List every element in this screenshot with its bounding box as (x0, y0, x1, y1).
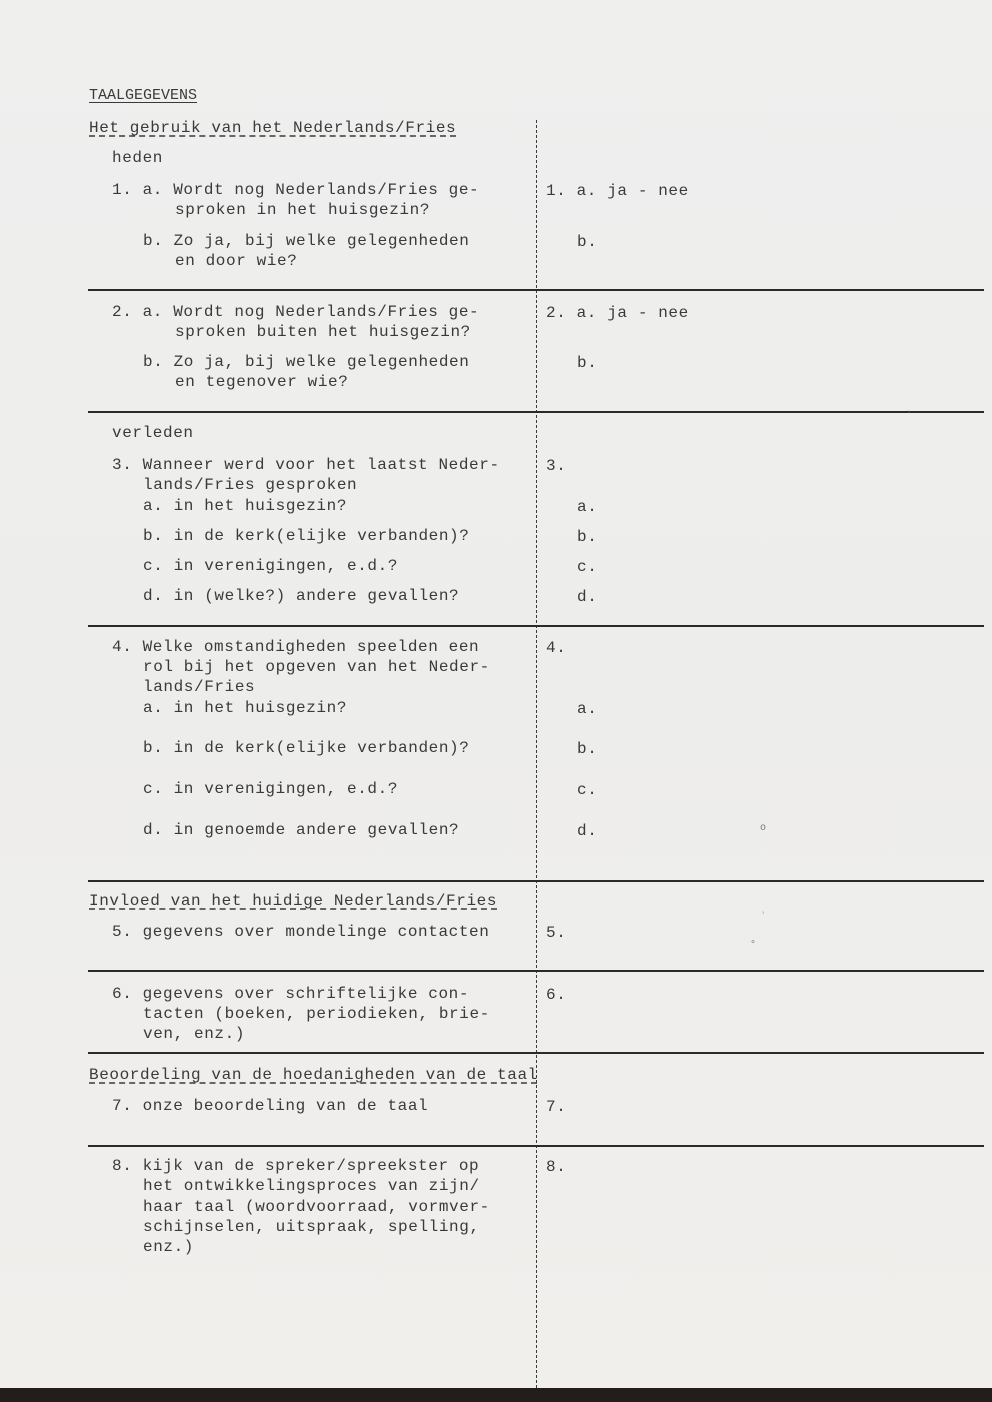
divider-line (88, 625, 984, 627)
answer-3b[interactable]: b. (577, 527, 597, 547)
question-3d: d. in (welke?) andere gevallen? (143, 586, 459, 606)
divider-line (88, 1145, 984, 1147)
column-divider (536, 120, 537, 1388)
answer-1a[interactable]: 1. a. ja - nee (546, 181, 689, 201)
question-4a: a. in het huisgezin? (143, 698, 347, 718)
paper-speck: ʾ (906, 411, 912, 422)
question-6: 6. gegevens over schriftelijke con- (112, 984, 469, 1004)
question-4b: b. in de kerk(elijke verbanden)? (143, 738, 469, 758)
answer-4a[interactable]: a. (577, 699, 597, 719)
subsection-present: heden (112, 148, 163, 168)
question-1a: 1. a. Wordt nog Nederlands/Fries ge- (112, 180, 479, 200)
divider-line (88, 880, 984, 882)
divider-line (88, 289, 984, 291)
answer-6[interactable]: 6. (546, 985, 566, 1005)
section-heading-influence: Invloed van het huidige Nederlands/Fries (89, 891, 497, 911)
form-page: TAALGEGEVENS Het gebruik van het Nederla… (0, 0, 992, 1388)
answer-3: 3. (546, 456, 566, 476)
answer-2a[interactable]: 2. a. ja - nee (546, 303, 689, 323)
answer-4: 4. (546, 638, 566, 658)
question-6-cont: tacten (boeken, periodieken, brie- (143, 1004, 490, 1024)
question-5: 5. gegevens over mondelinge contacten (112, 922, 489, 942)
section-heading-usage: Het gebruik van het Nederlands/Fries (89, 118, 456, 138)
answer-4d[interactable]: d. (577, 821, 597, 841)
question-8-cont2: haar taal (woordvoorraad, vormver- (143, 1197, 490, 1217)
question-6-cont2: ven, enz.) (143, 1024, 245, 1044)
question-8: 8. kijk van de spreker/spreekster op (112, 1156, 479, 1176)
question-3-cont: lands/Fries gesproken (143, 475, 357, 495)
question-2b: b. Zo ja, bij welke gelegenheden (143, 352, 469, 372)
divider-line (88, 970, 984, 972)
paper-speck: o (760, 823, 766, 834)
question-3: 3. Wanneer werd voor het laatst Neder- (112, 455, 500, 475)
question-8-cont4: enz.) (143, 1237, 194, 1257)
answer-3d[interactable]: d. (577, 587, 597, 607)
answer-4c[interactable]: c. (577, 780, 597, 800)
answer-5[interactable]: 5. (546, 923, 566, 943)
paper-speck: ʾ (760, 912, 766, 923)
answer-2b[interactable]: b. (577, 353, 597, 373)
section-heading-assessment: Beoordeling van de hoedanigheden van de … (89, 1065, 538, 1085)
question-4-cont2: lands/Fries (143, 677, 255, 697)
question-4c: c. in verenigingen, e.d.? (143, 779, 398, 799)
question-8-cont: het ontwikkelingsproces van zijn/ (143, 1176, 480, 1196)
answer-4b[interactable]: b. (577, 739, 597, 759)
question-3b: b. in de kerk(elijke verbanden)? (143, 526, 469, 546)
answer-7[interactable]: 7. (546, 1097, 566, 1117)
document-title: TAALGEGEVENS (89, 86, 197, 106)
question-8-cont3: schijnselen, uitspraak, spelling, (143, 1217, 480, 1237)
question-3a: a. in het huisgezin? (143, 496, 347, 516)
divider-line (88, 411, 984, 413)
question-1b: b. Zo ja, bij welke gelegenheden (143, 231, 469, 251)
question-4: 4. Welke omstandigheden speelden een (112, 637, 479, 657)
paper-speck: ° (750, 940, 756, 951)
answer-8[interactable]: 8. (546, 1157, 566, 1177)
answer-3a[interactable]: a. (577, 497, 597, 517)
question-4-cont: rol bij het opgeven van het Neder- (143, 657, 490, 677)
scan-bottom-edge (0, 1388, 992, 1402)
question-3c: c. in verenigingen, e.d.? (143, 556, 398, 576)
divider-line (88, 1052, 984, 1054)
question-2b-cont: en tegenover wie? (175, 372, 348, 392)
subsection-past: verleden (112, 423, 194, 443)
question-2a: 2. a. Wordt nog Nederlands/Fries ge- (112, 302, 479, 322)
question-4d: d. in genoemde andere gevallen? (143, 820, 459, 840)
question-1a-cont: sproken in het huisgezin? (175, 200, 430, 220)
question-1b-cont: en door wie? (175, 251, 297, 271)
question-2a-cont: sproken buiten het huisgezin? (175, 322, 471, 342)
answer-3c[interactable]: c. (577, 557, 597, 577)
answer-1b[interactable]: b. (577, 232, 597, 252)
question-7: 7. onze beoordeling van de taal (112, 1096, 428, 1116)
